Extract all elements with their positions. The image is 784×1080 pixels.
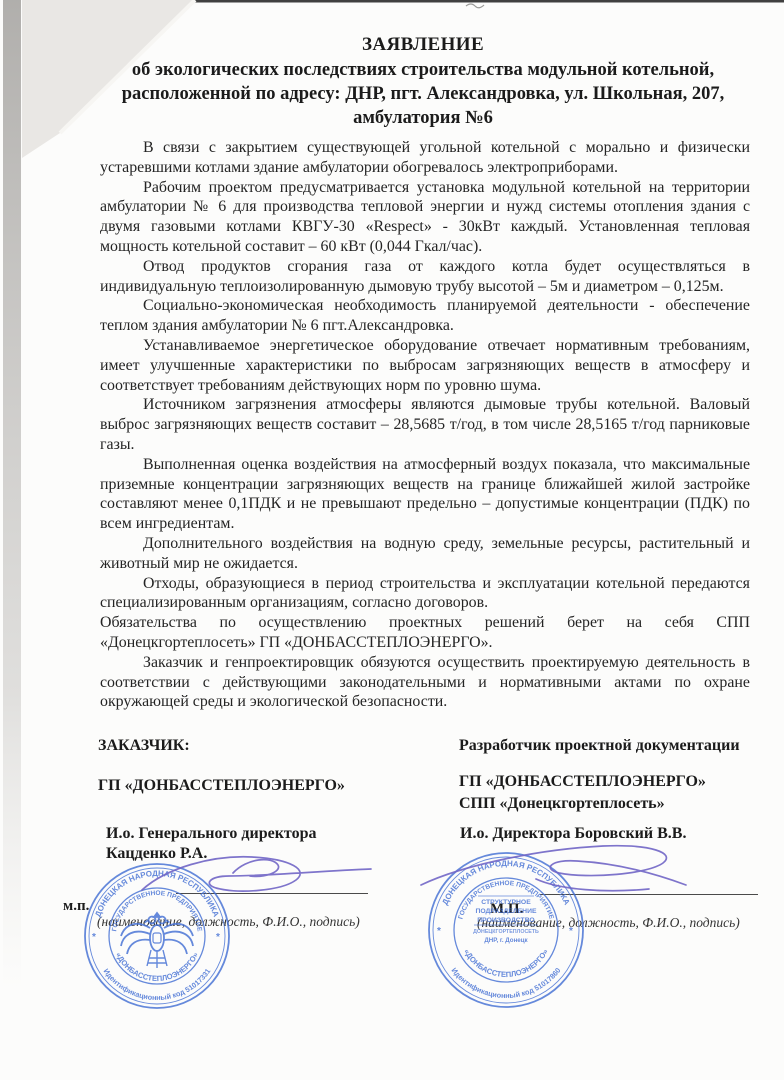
signature-line-left bbox=[176, 893, 368, 894]
title-line: амбулатория №6 bbox=[100, 106, 746, 130]
paragraph: Обязательства по осуществлению проектных… bbox=[100, 613, 750, 653]
paragraph: Источником загрязнения атмосферы являютс… bbox=[100, 395, 750, 454]
stamp-left-star: * bbox=[92, 932, 96, 943]
paragraph: Дополнительного воздействия на водную ср… bbox=[100, 534, 750, 574]
scan-top-edge bbox=[62, 0, 784, 3]
handwritten-signature-right bbox=[421, 846, 686, 891]
paragraph: В связи с закрытием существующей угольно… bbox=[100, 138, 750, 178]
title-line: ЗАЯВЛЕНИЕ bbox=[100, 32, 746, 58]
customer-role: И.о. Генерального директора bbox=[106, 824, 316, 844]
svg-text:Идентификационный код 51017331: Идентификационный код 51017331 bbox=[102, 967, 213, 1002]
svg-text:«ДОНБАССТЕПЛОЭНЕРГО»: «ДОНБАССТЕПЛОЭНЕРГО» bbox=[462, 947, 550, 979]
document-body: В связи с закрытием существующей угольно… bbox=[100, 138, 750, 712]
title-line: расположенной по адресу: ДНР, пгт. Алекс… bbox=[100, 82, 746, 106]
signature-caption-left: (наименование, должность, Ф.И.О., подпис… bbox=[97, 914, 360, 930]
signature-caption-right: (наименование, должность, Ф.И.О., подпис… bbox=[477, 915, 740, 931]
stamp-right-outer-bottom-text: Идентификационный код 51017860 bbox=[450, 966, 563, 1000]
developer-org-2: СПП «Донецкгортеплосеть» bbox=[459, 794, 665, 814]
seal-mark-left: м.п. bbox=[63, 896, 89, 916]
scan-left-shadow bbox=[3, 0, 21, 990]
paragraph: Рабочим проектом предусматривается устан… bbox=[100, 178, 750, 257]
svg-text:«ДОНБАССТЕПЛОЭНЕРГО»: «ДОНБАССТЕПЛОЭНЕРГО» bbox=[114, 951, 200, 983]
round-stamp-left: ДОНЕЦКАЯ НАРОДНАЯ РЕСПУБЛИКА Идентификац… bbox=[85, 864, 229, 1008]
developer-org-1: ГП «ДОНБАССТЕПЛОЭНЕРГО» bbox=[459, 772, 706, 792]
scan-speck bbox=[466, 4, 484, 8]
stamp-left-outer-bottom-text: Идентификационный код 51017331 bbox=[102, 967, 213, 1002]
signature-line-right bbox=[540, 894, 758, 895]
developer-role-name: И.о. Директора Боровский В.В. bbox=[460, 824, 686, 844]
paragraph: Заказчик и генпроектировщик обязуются ос… bbox=[100, 653, 750, 712]
scanned-document-page: ЗАЯВЛЕНИЕ об экологических последствиях … bbox=[0, 0, 784, 1080]
customer-org: ГП «ДОНБАССТЕПЛОЭНЕРГО» bbox=[98, 776, 345, 796]
paragraph: Социально-экономическая необходимость пл… bbox=[100, 296, 750, 336]
paragraph: Отходы, образующиеся в период строительс… bbox=[100, 574, 750, 614]
stamp-left-star: * bbox=[216, 932, 220, 943]
stamp-right-star: * bbox=[437, 926, 441, 937]
stamp-left-inner-bottom-text: «ДОНБАССТЕПЛОЭНЕРГО» bbox=[114, 951, 200, 983]
document-title: ЗАЯВЛЕНИЕ об экологических последствиях … bbox=[100, 32, 746, 130]
stamp-right-center-line: ДНР, г. Донецк bbox=[484, 937, 528, 944]
stamp-right-inner-bottom-text: «ДОНБАССТЕПЛОЭНЕРГО» bbox=[462, 947, 550, 979]
paragraph: Отвод продуктов сгорания газа от каждого… bbox=[100, 257, 750, 297]
paragraph: Выполненная оценка воздействия на атмосф… bbox=[100, 455, 750, 534]
customer-name: Кацденко Р.А. bbox=[106, 844, 207, 864]
customer-header: ЗАКАЗЧИК: bbox=[98, 736, 190, 756]
title-line: об экологических последствиях строительс… bbox=[100, 58, 746, 82]
svg-text:Идентификационный код 51017860: Идентификационный код 51017860 bbox=[450, 966, 563, 1000]
paragraph: Устанавливаемое энергетическое оборудова… bbox=[100, 336, 750, 395]
developer-header: Разработчик проектной документации bbox=[459, 736, 740, 756]
